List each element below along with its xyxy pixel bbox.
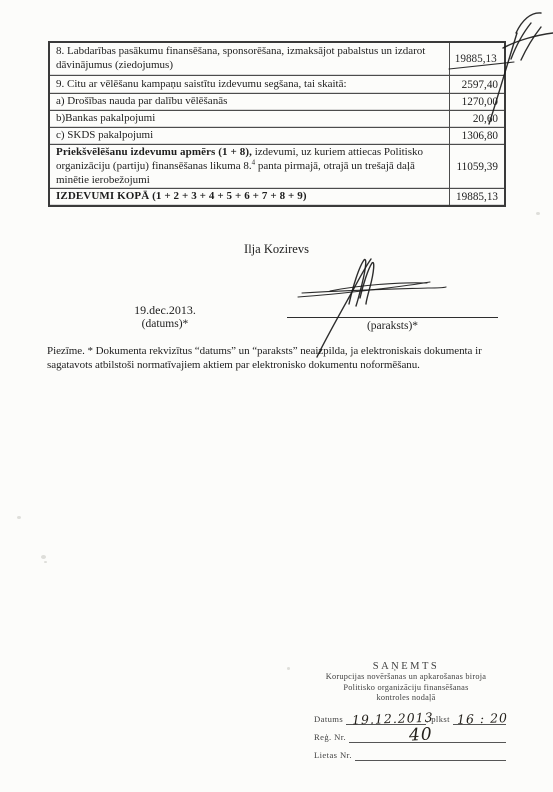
paraph-slash-2 [511, 23, 531, 59]
row9-label: 9. Citu ar vēlēšanu kampaņu saistītu izd… [49, 76, 449, 94]
stamp-datums-row: Datums 19.12.2013 , plkst 16 : 20 [314, 707, 506, 725]
stamp-title: SAŅEMTS [300, 661, 512, 672]
scan-speck [287, 667, 290, 670]
expenses-table: 8. Labdarības pasākumu finansēšana, spon… [48, 41, 506, 207]
signatory-name: Ilja Kozirevs [0, 242, 553, 257]
stamp-reg-row: Reģ. Nr. 40 [314, 725, 506, 743]
scan-speck [17, 516, 21, 519]
stamp-datums-label: Datums [314, 714, 346, 725]
row9b-value: 20,60 [449, 111, 505, 128]
row9b-label: b)Bankas pakalpojumi [49, 111, 449, 128]
scanned-document-page: 8. Labdarības pasākumu finansēšana, spon… [0, 0, 553, 792]
stamp-plkst-line: 16 : 20 [453, 706, 506, 725]
row9a-value: 1270,00 [449, 94, 505, 111]
paraph-top-hook [516, 13, 541, 33]
stamp-office-line2: Politisko organizāciju finansēšanas [300, 683, 512, 694]
signature-line [287, 317, 498, 318]
table-row-sum: Priekšvēlēšanu izdevumu apmērs (1 + 8), … [49, 145, 505, 189]
table-row-9a: a) Drošības nauda par dalību vēlēšanās 1… [49, 94, 505, 111]
rowsum-value: 11059,39 [449, 145, 505, 189]
scan-speck [536, 212, 540, 215]
stamp-lietas-line [355, 742, 506, 761]
stamp-lietas-label: Lietas Nr. [314, 750, 355, 761]
date-caption: (datums)* [100, 318, 230, 330]
scan-speck [41, 555, 46, 559]
row9c-label: c) SKDS pakalpojumi [49, 128, 449, 145]
signature-tail-stroke [317, 259, 371, 357]
rowtotal-value: 19885,13 [449, 189, 505, 207]
scan-speck [44, 561, 47, 563]
rowsum-label: Priekšvēlēšanu izdevumu apmērs (1 + 8), … [49, 145, 449, 189]
table-row-total: IZDEVUMI KOPĀ (1 + 2 + 3 + 4 + 5 + 6 + 7… [49, 189, 505, 207]
stamp-reg-label: Reģ. Nr. [314, 732, 349, 743]
row9a-label: a) Drošības nauda par dalību vēlēšanās [49, 94, 449, 111]
stamp-datums-line: 19.12.2013 [346, 706, 426, 725]
struck-amount: 19885,13 [455, 53, 497, 65]
signature-flat-stroke-2 [302, 287, 446, 293]
row9c-value: 1306,80 [449, 128, 505, 145]
row8-label: 8. Labdarības pasākumu finansēšana, spon… [49, 42, 449, 76]
table-row-8: 8. Labdarības pasākumu finansēšana, spon… [49, 42, 505, 76]
paraph-slash-3 [521, 27, 541, 60]
stamp-office-line1: Korupcijas novēršanas un apkarošanas bir… [300, 672, 512, 683]
signature-peak-2 [360, 263, 374, 304]
signature-date: 19.dec.2013. [100, 303, 230, 318]
table-row-9b: b)Bankas pakalpojumi 20,60 [49, 111, 505, 128]
signature-caption: (paraksts)* [287, 320, 498, 332]
rowtotal-label: IZDEVUMI KOPĀ (1 + 2 + 3 + 4 + 5 + 6 + 7… [49, 189, 449, 207]
footnote-line2: sagatavots atbilstoši normatīvajiem akti… [47, 359, 535, 373]
footnote: Piezīme. * Dokumenta rekvizītus “datums”… [47, 345, 535, 372]
signature-flat-stroke-3 [330, 283, 427, 291]
stamp-reg-line: 40 [349, 724, 506, 743]
table-row-9c: c) SKDS pakalpojumi 1306,80 [49, 128, 505, 145]
stamp-lietas-row: Lietas Nr. [314, 743, 506, 761]
footnote-line1: Piezīme. * Dokumenta rekvizītus “datums”… [47, 345, 535, 359]
rowsum-label-bold: Priekšvēlēšanu izdevumu apmērs (1 + 8), [56, 146, 252, 158]
received-stamp: SAŅEMTS Korupcijas novēršanas un apkaroš… [300, 661, 512, 761]
paraph-crossbar [503, 33, 553, 48]
row8-value: 19885,13 [449, 42, 505, 76]
row9-value: 2597,40 [449, 76, 505, 94]
signature-peak-1 [349, 260, 366, 306]
stamp-office-line3: kontroles nodaļā [300, 693, 512, 704]
signature-flat-stroke-1 [298, 282, 430, 297]
table-row-9: 9. Citu ar vēlēšanu kampaņu saistītu izd… [49, 76, 505, 94]
